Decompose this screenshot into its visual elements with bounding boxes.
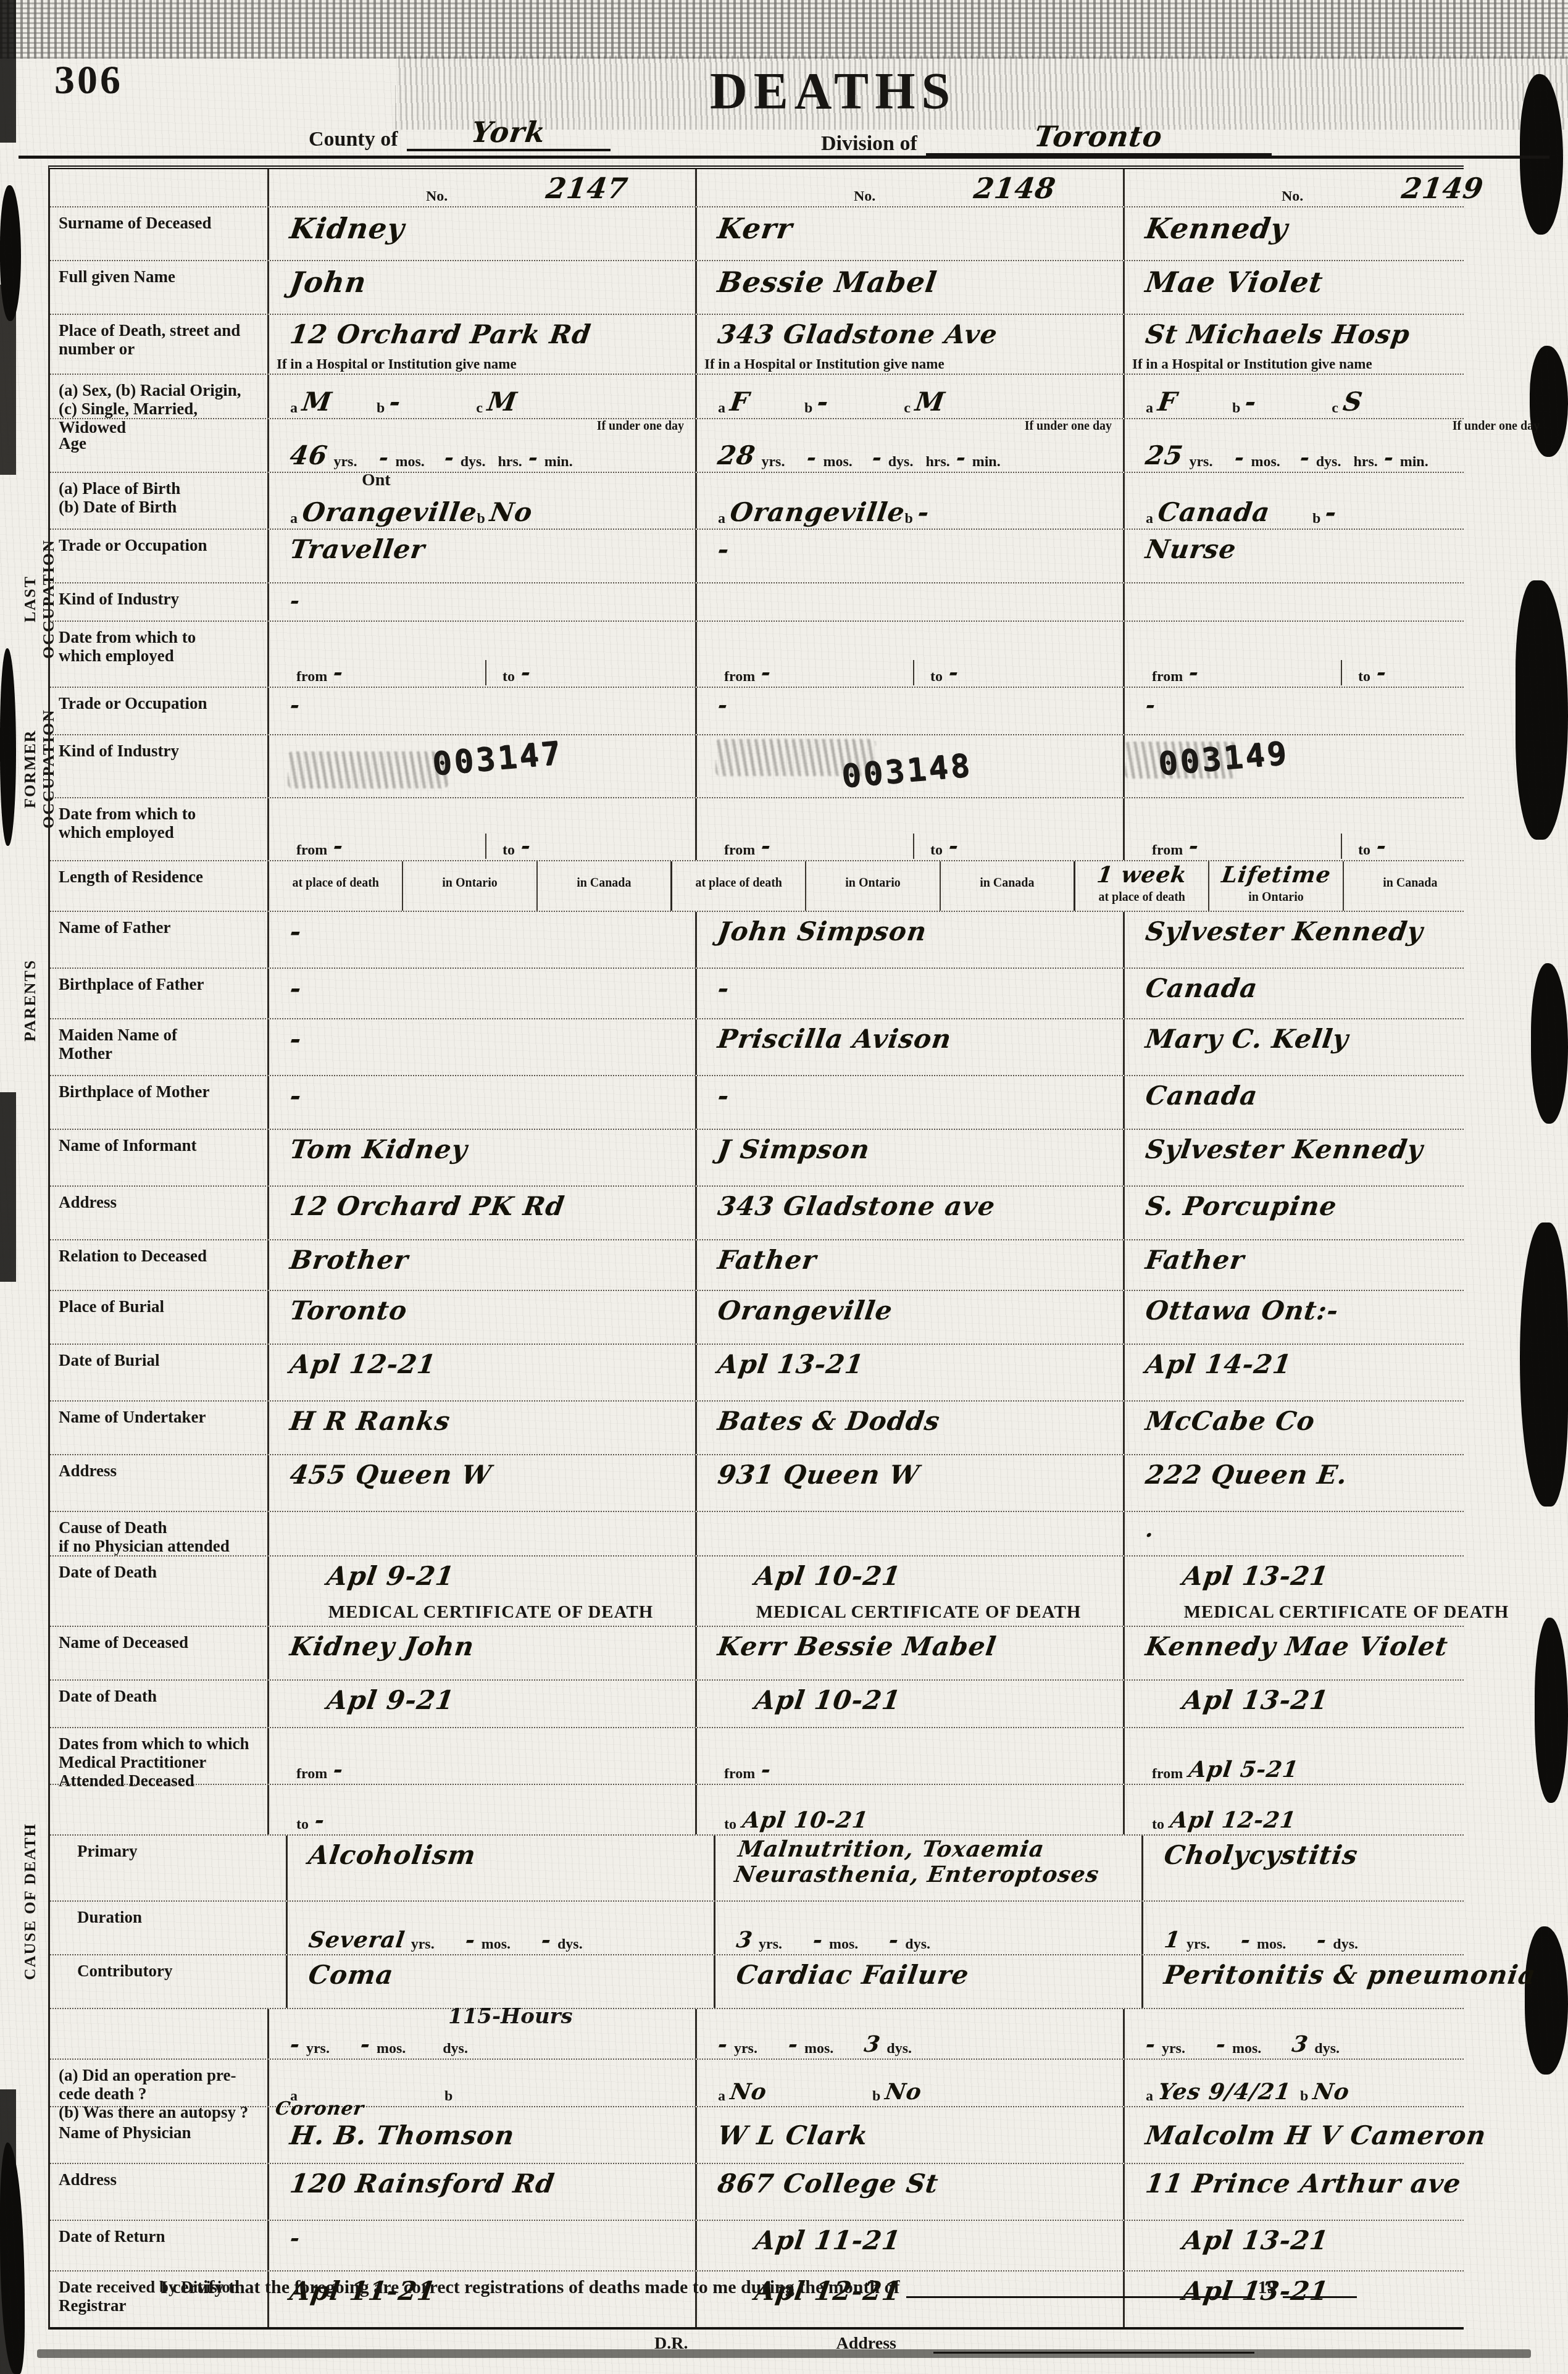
mother-value: Mary C. Kelly [1144, 1024, 1351, 1054]
mother-birthplace-value: - [288, 1081, 304, 1111]
record-number: 2147 [544, 172, 630, 205]
date-of-return-value: Apl 13-21 [1181, 2226, 1331, 2255]
contributory-value: Cardiac Failure [735, 1960, 971, 1990]
med-date-value: Apl 13-21 [1181, 1686, 1331, 1715]
duration-days-value: - [1315, 1928, 1328, 1953]
trade-value: Traveller [288, 535, 427, 564]
row-med-name: Name of Deceased Kidney John Kerr Bessie… [50, 1627, 1464, 1681]
former-trade-value: - [288, 693, 302, 718]
certification-line: I certify that the foregoing are correct… [161, 2277, 1357, 2298]
row-undertaker: Name of Undertaker H R Ranks Bates & Dod… [50, 1402, 1464, 1455]
label-former-industry: Kind of Industry [50, 735, 267, 797]
scan-edge-left [0, 0, 16, 2374]
contrib-days-value: 3 [1290, 2032, 1310, 2057]
contrib-months-value: - [359, 2032, 372, 2057]
row-attended-from: Dates from which to which Medical Practi… [50, 1728, 1464, 1785]
duration-years-value: 1 [1162, 1928, 1182, 1953]
date-of-return-value: - [288, 2226, 302, 2251]
contrib-months-value: - [786, 2032, 800, 2057]
age-days-value: - [870, 445, 884, 470]
undertaker-value: McCabe Co [1144, 1406, 1317, 1436]
physician-note: Coroner [274, 2099, 365, 2120]
mother-birthplace-value: - [716, 1081, 732, 1111]
age-hours-value: - [527, 445, 540, 470]
scan-blot [0, 185, 21, 321]
contributory-value: Peritonitis & pneumonia [1162, 1960, 1538, 1990]
primary-cause-value: Malnutrition, Toxaemia Neurasthenia, Ent… [733, 1837, 1104, 1888]
row-primary-duration: Duration Severalyrs. -mos. -dys. 3yrs. -… [50, 1902, 1464, 1955]
former-trade-value: - [1144, 693, 1157, 718]
label-place-of-death: Place of Death, street and number or [50, 315, 267, 374]
given-name-value: John [288, 266, 369, 299]
surname-value: Kennedy [1143, 212, 1290, 245]
division-value: Toronto [1033, 120, 1165, 153]
date-of-return-value: Apl 11-21 [753, 2226, 903, 2255]
autopsy-value: No [1311, 2079, 1351, 2105]
age-years-value: 25 [1144, 441, 1185, 470]
physician-address-value: 120 Rainsford Rd [288, 2169, 557, 2199]
undertaker-address-value: 222 Queen E. [1144, 1460, 1349, 1490]
row-informant-address: Address 12 Orchard PK Rd 343 Gladstone a… [50, 1187, 1464, 1240]
row-relation: Relation to Deceased Brother Father Fath… [50, 1240, 1464, 1291]
undertaker-value: H R Ranks [288, 1406, 452, 1436]
undertaker-address-value: 931 Queen W [716, 1460, 922, 1490]
label-physician-address: Address [50, 2164, 267, 2220]
label-date-of-return: Date of Return [50, 2221, 267, 2270]
duration-days-value: - [887, 1928, 901, 1953]
label-father: Name of Father [50, 912, 267, 968]
med-name-value: Kerr Bessie Mabel [716, 1632, 999, 1661]
residence-ontario-value: Lifetime [1220, 863, 1333, 888]
county-line: County of York [309, 116, 611, 151]
undertaker-value: Bates & Dodds [716, 1406, 942, 1436]
row-contributory-duration: 115-Hours -yrs. -mos. dys. -yrs. -mos. 3… [50, 2009, 1464, 2060]
med-date-value: Apl 10-21 [753, 1686, 903, 1715]
medical-certificate-heading: MEDICAL CERTIFICATE OF DEATH [267, 1600, 695, 1626]
employed-to-value: - [1375, 660, 1388, 685]
attended-from-value: Apl 5-21 [1187, 1757, 1300, 1783]
row-father: Name of Father - John Simpson Sylvester … [50, 912, 1464, 969]
relation-value: Father [716, 1245, 819, 1275]
label-former-trade: Trade or Occupation [50, 688, 267, 734]
employed-from-value: - [1187, 660, 1201, 685]
month-blank [906, 2296, 1252, 2298]
county-value: York [469, 116, 548, 149]
physician-address-value: 11 Prince Arthur ave [1144, 2169, 1463, 2199]
med-name-value: Kidney John [288, 1632, 477, 1661]
marital-value: M [914, 387, 947, 417]
record-3-no-cell: No. 2149 [1123, 169, 1551, 206]
label-mother-birthplace: Birthplace of Mother [50, 1076, 267, 1129]
row-cause-no-physician: Cause of Death if no Physician attended … [50, 1512, 1464, 1557]
informant-value: Sylvester Kennedy [1144, 1135, 1425, 1164]
label-former-employed: Date from which to which employed [50, 798, 267, 860]
operation-value: Yes 9/4/21 [1156, 2079, 1302, 2105]
attended-to-value: - [313, 1808, 327, 1833]
date-of-death-value: Apl 10-21 [753, 1561, 903, 1591]
label-residence: Length of Residence [50, 861, 267, 911]
row-father-birthplace: Birthplace of Father - - Canada [50, 969, 1464, 1019]
place-of-death-value: St Michaels Hosp [1144, 320, 1412, 349]
row-mother: Maiden Name of Mother - Priscilla Avison… [50, 1019, 1464, 1076]
faded-stamp [288, 751, 448, 788]
label-surname: Surname of Deceased [50, 207, 267, 260]
birthplace-value: Orangeville [728, 498, 907, 527]
informant-value: Tom Kidney [288, 1135, 470, 1164]
label-informant: Name of Informant [50, 1130, 267, 1185]
label-burial-date: Date of Burial [50, 1345, 267, 1400]
row-undertaker-address: Address 455 Queen W 931 Queen W 222 Quee… [50, 1455, 1464, 1512]
row-industry: Kind of Industry - [50, 583, 1464, 622]
registrar-signature-line: D.R. Address [654, 2334, 1254, 2354]
burial-place-value: Ottawa Ont:- [1144, 1296, 1341, 1326]
cause-no-physician-value: . [1144, 1517, 1156, 1542]
mother-value: Priscilla Avison [716, 1024, 954, 1054]
medical-certificate-heading: MEDICAL CERTIFICATE OF DEATH [1123, 1600, 1551, 1626]
label-date-of-death: Date of Death [50, 1557, 267, 1600]
employed-to-value: - [519, 660, 533, 685]
given-name-value: Mae Violet [1143, 266, 1325, 299]
duration-years-value: 3 [735, 1928, 754, 1953]
label-undertaker-address: Address [50, 1455, 267, 1511]
burial-date-value: Apl 13-21 [716, 1350, 866, 1379]
contrib-years-value: - [1144, 2032, 1157, 2057]
row-burial-place: Place of Burial Toronto Orangeville Otta… [50, 1291, 1464, 1345]
row-physician: Name of Physician Coroner H. B. Thomson … [50, 2107, 1464, 2164]
row-mother-birthplace: Birthplace of Mother - - Canada [50, 1076, 1464, 1130]
age-months-value: - [806, 445, 819, 470]
row-place-of-death: Place of Death, street and number or 12 … [50, 315, 1464, 375]
date-of-death-value: Apl 9-21 [325, 1561, 456, 1591]
label-undertaker: Name of Undertaker [50, 1402, 267, 1454]
medical-certificate-heading: MEDICAL CERTIFICATE OF DEATH [695, 1600, 1123, 1626]
row-primary-cause: Primary Alcoholism Malnutrition, Toxaemi… [50, 1836, 1464, 1902]
physician-value: Malcolm H V Cameron [1144, 2121, 1488, 2150]
record-number: 2149 [1400, 172, 1486, 205]
father-value: - [288, 917, 304, 947]
place-of-death-value: 12 Orchard Park Rd [288, 320, 593, 349]
sex-value: F [728, 387, 807, 417]
sex-value: F [1156, 387, 1235, 417]
former-from-value: - [759, 834, 773, 859]
father-birthplace-value: - [288, 974, 304, 1003]
label-given-name: Full given Name [50, 261, 267, 314]
death-register-page: 306 DEATHS County of York Division of To… [0, 0, 1568, 2374]
age-years-value: 28 [716, 441, 757, 470]
duration-months-value: - [464, 1928, 477, 1953]
contributory-note: 115-Hours [448, 2004, 573, 2029]
physician-address-value: 867 College St [716, 2169, 941, 2199]
burial-date-value: Apl 12-21 [288, 1350, 438, 1379]
division-label: Division of [821, 132, 917, 156]
operation-value: No [728, 2079, 874, 2105]
former-trade-value: - [716, 693, 730, 718]
mother-birthplace-value: Canada [1144, 1081, 1260, 1111]
med-date-value: Apl 9-21 [325, 1686, 456, 1715]
label-physician: Name of Physician [50, 2107, 267, 2163]
employed-to-value: - [947, 660, 961, 685]
label-operation: (a) Did an operation pre- cede death ? (… [50, 2060, 267, 2106]
informant-address-value: 343 Gladstone ave [716, 1192, 998, 1221]
employed-from-value: - [759, 660, 773, 685]
physician-value: W L Clark [716, 2121, 870, 2150]
row-operation-autopsy: (a) Did an operation pre- cede death ? (… [50, 2060, 1464, 2107]
record-number: 2148 [972, 172, 1058, 205]
industry-value: - [288, 588, 302, 614]
dr-label: D.R. [654, 2334, 688, 2354]
row-residence: Length of Residence at place of death in… [50, 861, 1464, 912]
register-table: No. 2147 No. 2148 No. 2149 Surname of De… [48, 165, 1464, 2330]
row-date-of-return: Date of Return - Apl 11-21 Apl 13-21 [50, 2221, 1464, 2272]
primary-cause-value: Cholycystitis [1162, 1841, 1360, 1870]
label-employed: Date from which to which employed [50, 622, 267, 687]
given-name-value: Bessie Mabel [715, 266, 939, 299]
med-name-value: Kennedy Mae Violet [1144, 1632, 1450, 1661]
primary-cause-value: Alcoholism [307, 1841, 478, 1870]
informant-address-value: S. Porcupine [1144, 1192, 1339, 1221]
row-date-of-death: Date of Death Apl 9-21 Apl 10-21 Apl 13-… [50, 1557, 1464, 1600]
county-label: County of [309, 128, 398, 151]
label-industry: Kind of Industry [50, 583, 267, 621]
age-months-value: - [378, 445, 391, 470]
attended-to-value: Apl 10-21 [741, 1808, 870, 1833]
row-given-name: Full given Name John Bessie Mabel Mae Vi… [50, 261, 1464, 315]
autopsy-value: No [883, 2079, 924, 2105]
marital-value: S [1341, 387, 1365, 417]
undertaker-address-value: 455 Queen W [288, 1460, 494, 1490]
age-days-value: - [1298, 445, 1312, 470]
label-father-birthplace: Birthplace of Father [50, 969, 267, 1018]
row-sex-origin-marital: (a) Sex, (b) Racial Origin, (c) Single, … [50, 375, 1464, 419]
burial-place-value: Orangeville [716, 1296, 895, 1326]
duration-months-value: - [811, 1928, 825, 1953]
header-rule [19, 156, 1549, 159]
duration-days-value: - [540, 1928, 553, 1953]
year-prefix: 19 [1258, 2277, 1277, 2298]
trade-value: - [716, 535, 732, 564]
duration-months-value: - [1239, 1928, 1253, 1953]
page-number: 306 [54, 57, 123, 104]
label-burial-place: Place of Burial [50, 1291, 267, 1344]
former-to-value: - [1375, 834, 1388, 859]
row-med-date: Date of Death Apl 9-21 Apl 10-21 Apl 13-… [50, 1681, 1464, 1728]
surname-value: Kidney [288, 212, 406, 245]
contrib-years-value: - [288, 2032, 302, 2057]
label-mother: Maiden Name of Mother [50, 1019, 267, 1075]
row-informant: Name of Informant Tom Kidney J Simpson S… [50, 1130, 1464, 1187]
employed-from-value: - [332, 660, 345, 685]
label-relation: Relation to Deceased [50, 1240, 267, 1290]
attended-from-value: - [332, 1757, 345, 1783]
place-of-death-value: 343 Gladstone Ave [716, 320, 999, 349]
father-value: John Simpson [716, 917, 929, 947]
label-informant-address: Address [50, 1187, 267, 1239]
group-parents: PARENTS [21, 914, 46, 1087]
former-from-value: - [1187, 834, 1201, 859]
racial-origin-value: - [1243, 387, 1334, 417]
sex-value: M [301, 387, 379, 417]
trade-value: Nurse [1144, 535, 1238, 564]
father-birthplace-value: Canada [1144, 974, 1260, 1003]
row-attended-to: to- toApl 10-21 toApl 12-21 [50, 1785, 1464, 1836]
father-birthplace-value: - [716, 974, 732, 1003]
row-age: Age If under one day 46yrs. -mos. -dys. … [50, 419, 1464, 473]
birthdate-value: - [916, 498, 932, 527]
group-last-occupation: LAST OCCUPATION [21, 525, 46, 673]
group-former-occupation: FORMER OCCUPATION [21, 692, 46, 846]
record-2-no-cell: No. 2148 [695, 169, 1123, 206]
label-med-date: Date of Death [50, 1681, 267, 1727]
row-contributory: Contributory Coma Cardiac Failure Perito… [50, 1955, 1464, 2009]
informant-address-value: 12 Orchard PK Rd [288, 1192, 567, 1221]
label-contributory: Contributory [50, 1955, 286, 2008]
mother-value: - [288, 1024, 304, 1054]
label-cause-no-physician: Cause of Death if no Physician attended [50, 1512, 267, 1555]
age-days-value: - [443, 445, 456, 470]
registration-stamp: 003147 [431, 735, 564, 783]
age-hours-value: - [1382, 445, 1396, 470]
marital-value: M [486, 387, 519, 417]
father-value: Sylvester Kennedy [1144, 917, 1425, 947]
relation-value: Father [1144, 1245, 1246, 1275]
contrib-years-value: - [716, 2032, 730, 2057]
attended-from-value: - [759, 1757, 773, 1783]
contributory-value: Coma [307, 1960, 396, 1990]
scan-noise-top [0, 0, 1568, 59]
address-blank [933, 2352, 1254, 2354]
row-physician-address: Address 120 Rainsford Rd 867 College St … [50, 2164, 1464, 2221]
birth-note: Ont [362, 470, 391, 490]
row-former-industry: Kind of Industry 003147 003148 003149 [50, 735, 1464, 798]
label-primary: Primary [50, 1836, 286, 1900]
group-cause-of-death: CAUSE OF DEATH [21, 1809, 46, 1994]
relation-value: Brother [288, 1245, 411, 1275]
surname-value: Kerr [715, 212, 794, 245]
contrib-days-value: 3 [862, 2032, 882, 2057]
former-from-value: - [332, 834, 345, 859]
row-former-trade: Trade or Occupation - - - [50, 688, 1464, 735]
racial-origin-value: - [815, 387, 906, 417]
burial-date-value: Apl 14-21 [1144, 1350, 1294, 1379]
date-of-death-value: Apl 13-21 [1181, 1561, 1331, 1591]
birthdate-value: No [488, 498, 535, 527]
birthplace-value: Orangeville [301, 498, 479, 527]
age-hours-value: - [954, 445, 968, 470]
row-medical-certificate: MEDICAL CERTIFICATE OF DEATH MEDICAL CER… [50, 1600, 1464, 1627]
row-burial-date: Date of Burial Apl 12-21 Apl 13-21 Apl 1… [50, 1345, 1464, 1402]
informant-value: J Simpson [716, 1135, 872, 1164]
former-to-value: - [947, 834, 961, 859]
row-former-employed: Date from which to which employed from- … [50, 798, 1464, 861]
contrib-months-value: - [1214, 2032, 1228, 2057]
attended-to-value: Apl 12-21 [1169, 1808, 1298, 1833]
label-sex: (a) Sex, (b) Racial Origin, (c) Single, … [50, 375, 267, 418]
birthdate-value: - [1324, 498, 1339, 527]
label-attended: Dates from which to which Medical Practi… [50, 1728, 267, 1784]
row-number: No. 2147 No. 2148 No. 2149 [50, 169, 1464, 207]
birthplace-value: Canada [1156, 498, 1315, 527]
year-blank [1283, 2296, 1357, 2298]
label-birth: (a) Place of Birth (b) Date of Birth [50, 473, 267, 529]
row-employed: Date from which to which employed from- … [50, 622, 1464, 688]
row-trade: Trade or Occupation Traveller - Nurse [50, 530, 1464, 583]
burial-place-value: Toronto [288, 1296, 409, 1326]
label-duration: Duration [50, 1902, 286, 1954]
label-trade: Trade or Occupation [50, 530, 267, 582]
label-med-name: Name of Deceased [50, 1627, 267, 1679]
page-title: DEATHS [710, 62, 956, 122]
row-surname: Surname of Deceased Kidney Kerr Kennedy [50, 207, 1464, 261]
age-years-value: 46 [288, 441, 330, 470]
address-label: Address [836, 2334, 896, 2354]
former-to-value: - [519, 834, 533, 859]
division-line: Division of Toronto [821, 120, 1272, 156]
physician-value: H. B. Thomson [288, 2121, 517, 2150]
residence-at-death-value: 1 week [1095, 863, 1188, 888]
row-birth: (a) Place of Birth (b) Date of Birth Ont… [50, 473, 1464, 530]
label-age: Age [50, 419, 267, 472]
age-months-value: - [1233, 445, 1247, 470]
record-1-no-cell: No. 2147 [267, 169, 695, 206]
racial-origin-value: - [388, 387, 478, 417]
duration-years-value: Several [307, 1928, 407, 1953]
certify-text: I certify that the foregoing are correct… [161, 2277, 900, 2298]
